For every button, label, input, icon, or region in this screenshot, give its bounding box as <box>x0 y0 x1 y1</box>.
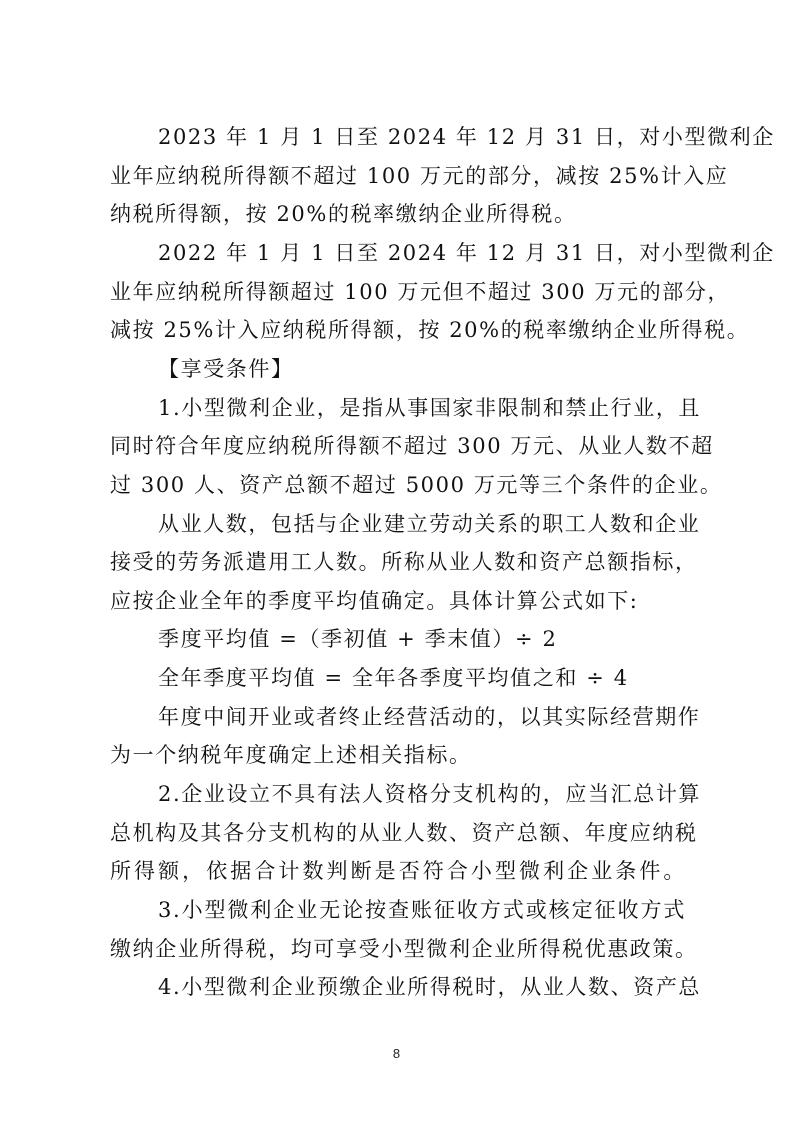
paragraph-line: 同时符合年度应纳税所得额不超过 300 万元、从业人数不超 <box>110 432 686 460</box>
paragraph-line: 业年应纳税所得额超过 100 万元但不超过 300 万元的部分， <box>110 278 686 306</box>
paragraph-line: 年度中间开业或者终止经营活动的，以其实际经营期作 <box>158 703 686 731</box>
paragraph-line: 从业人数，包括与企业建立劳动关系的职工人数和企业 <box>158 510 686 538</box>
paragraph-line: 总机构及其各分支机构的从业人数、资产总额、年度应纳税 <box>110 819 686 847</box>
paragraph-line: 2.企业设立不具有法人资格分支机构的，应当汇总计算 <box>158 780 686 808</box>
paragraph-line: 接受的劳务派遣用工人数。所称从业人数和资产总额指标， <box>110 548 686 576</box>
paragraph-line: 4.小型微利企业预缴企业所得税时，从业人数、资产总 <box>158 973 686 1001</box>
section-heading: 【享受条件】 <box>158 355 686 383</box>
paragraph-line: 缴纳企业所得税，均可享受小型微利企业所得税优惠政策。 <box>110 935 686 963</box>
paragraph-line: 纳税所得额，按 20%的税率缴纳企业所得税。 <box>110 200 686 228</box>
paragraph-line: 2022 年 1 月 1 日至 2024 年 12 月 31 日，对小型微利企 <box>158 239 686 267</box>
formula-line: 季度平均值 =（季初值 + 季末值）÷ 2 <box>158 625 686 653</box>
formula-line: 全年季度平均值 = 全年各季度平均值之和 ÷ 4 <box>158 664 686 692</box>
paragraph-line: 业年应纳税所得额不超过 100 万元的部分，减按 25%计入应 <box>110 162 686 190</box>
paragraph-line: 减按 25%计入应纳税所得额，按 20%的税率缴纳企业所得税。 <box>110 316 686 344</box>
paragraph-line: 过 300 人、资产总额不超过 5000 万元等三个条件的企业。 <box>110 471 686 499</box>
paragraph-line: 为一个纳税年度确定上述相关指标。 <box>110 741 686 769</box>
paragraph-line: 应按企业全年的季度平均值确定。具体计算公式如下: <box>110 587 686 615</box>
paragraph-line: 所得额，依据合计数判断是否符合小型微利企业条件。 <box>110 857 686 885</box>
paragraph-line: 3.小型微利企业无论按查账征收方式或核定征收方式 <box>158 896 686 924</box>
paragraph-line: 2023 年 1 月 1 日至 2024 年 12 月 31 日，对小型微利企 <box>158 123 686 151</box>
page-number: 8 <box>0 1046 793 1061</box>
paragraph-line: 1.小型微利企业，是指从事国家非限制和禁止行业，且 <box>158 394 686 422</box>
document-page: 2023 年 1 月 1 日至 2024 年 12 月 31 日，对小型微利企业… <box>0 0 793 1122</box>
